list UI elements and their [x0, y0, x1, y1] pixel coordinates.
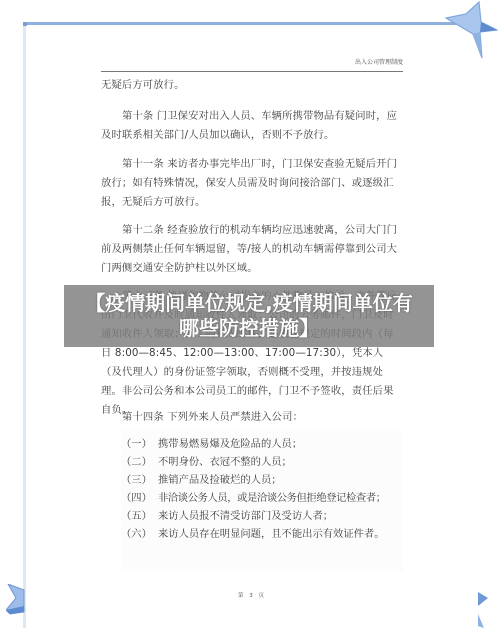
star-decoration-icon [6, 584, 26, 616]
frame-corner-marker [23, 22, 27, 26]
list-item: （四）非洽谈公务人员，或是洽谈公务但拒绝登记检查者； [121, 489, 386, 508]
prohibited-list: （一）携带易燃易爆及危险品的人员； （二）不明身份、衣冠不整的人员； （三）推销… [121, 431, 403, 571]
list-text: 推销产品及捡破烂的人员； [158, 474, 282, 486]
paragraph-text: 第十二条 经查验放行的机动车辆均应迅速驶离，公司大门门前及两侧禁止任何车辆逗留，… [101, 224, 397, 274]
list-number: （五） [121, 507, 158, 526]
paragraph-text: 无疑后方可放行。 [101, 79, 185, 91]
list-text: 来访人员存在明显问题，且不能出示有效证件者。 [158, 528, 385, 540]
list-number: （一） [121, 435, 158, 454]
banner-title-line-2: 哪些防控措施】 [179, 316, 319, 341]
list-number: （二） [121, 453, 158, 472]
star-decoration-icon [440, 0, 498, 62]
title-banner: 【疫情期间单位规定,疫情期间单位有 哪些防控措施】 [64, 285, 434, 347]
list-number: （四） [121, 489, 158, 508]
list-item: （二）不明身份、衣冠不整的人员； [121, 453, 292, 472]
list-item: （六）来访人员存在明显问题，且不能出示有效证件者。 [121, 525, 385, 544]
list-number: （六） [121, 525, 158, 544]
paragraph-text: 第十一条 来访者办事完毕出厂时，门卫保安查验无疑后开门放行；如有特殊情况，保安人… [101, 158, 397, 208]
list-number: （三） [121, 471, 158, 490]
paragraph: 第十一条 来访者办事完毕出厂时，门卫保安查验无疑后开门放行；如有特殊情况，保安人… [101, 155, 403, 212]
list-text: 非洽谈公务人员，或是洽谈公务但拒绝登记检查者； [158, 492, 386, 504]
list-item: （三）推销产品及捡破烂的人员； [121, 471, 282, 490]
star-decoration-icon [478, 592, 498, 628]
paragraph-text: 第十四条 下列外来人员严禁进入公司： [122, 411, 303, 423]
paragraph: 第十二条 经查验放行的机动车辆均应迅速驶离，公司大门门前及两侧禁止任何车辆逗留，… [101, 221, 403, 278]
list-text: 来访人员报不清受访部门及受访人者； [158, 510, 333, 522]
page-header: 出入公司管理制度 [101, 58, 403, 72]
page-number: 第 3 页 [101, 591, 403, 599]
list-item: （一）携带易燃易爆及危险品的人员； [121, 435, 302, 454]
paragraph: 第十条 门卫保安对出入人员、车辆所携带物品有疑问时，应及时联系相关部门/人员加以… [101, 107, 403, 145]
paragraph: 第十四条 下列外来人员严禁进入公司： [101, 408, 403, 427]
paragraph-text: 第十条 门卫保安对出入人员、车辆所携带物品有疑问时，应及时联系相关部门/人员加以… [101, 110, 397, 141]
list-text: 携带易燃易爆及危险品的人员； [158, 438, 302, 450]
list-text: 不明身份、衣冠不整的人员； [158, 456, 292, 468]
paragraph: 无疑后方可放行。 [101, 76, 403, 95]
list-item: （五）来访人员报不清受访部门及受访人者； [121, 507, 333, 526]
banner-title-line-1: 【疫情期间单位规定,疫情期间单位有 [85, 291, 413, 316]
